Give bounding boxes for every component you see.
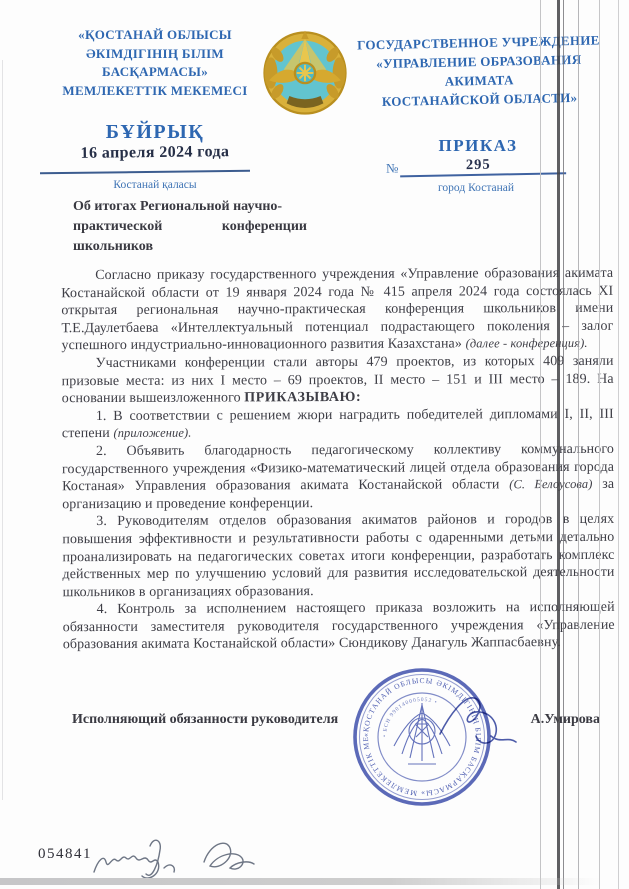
org-line: МЕМЛЕКЕТТІК МЕКЕМЕСІ <box>46 82 264 101</box>
scanned-order-document: «ҚОСТАНАЙ ОБЛЫСЫ ӘКІМДІГІНІҢ БІЛІМ БАСҚА… <box>0 0 629 889</box>
signer-name: А.Умирова <box>531 712 600 728</box>
document-code: 054841 <box>38 846 92 863</box>
order-item-2: 2. Объявить благодарность педагогическом… <box>62 441 614 514</box>
scan-artifact-line <box>557 0 560 889</box>
order-subject: Об итогах Региональной научно- практичес… <box>73 197 307 257</box>
scan-layer: «ҚОСТАНАЙ ОБЛЫСЫ ӘКІМДІГІНІҢ БІЛІМ БАСҚА… <box>0 0 629 889</box>
order-body: Согласно приказу государственного учрежд… <box>61 265 615 654</box>
signer-role: Исполняющий обязанности руководителя <box>72 712 338 728</box>
number-sign: № <box>386 160 399 176</box>
org-name-kazakh: «ҚОСТАНАЙ ОБЛЫСЫ ӘКІМДІГІНІҢ БІЛІМ БАСҚА… <box>46 26 264 100</box>
org-line: ӘКІМДІГІНІҢ БІЛІМ <box>46 45 264 64</box>
decree-keyword: ПРИКАЗЫВАЮ: <box>244 390 361 406</box>
subject-line: практической конференции <box>73 217 307 237</box>
paragraph-text: 4. Контроль за исполнением настоящего пр… <box>63 600 615 653</box>
order-item-1: 1. В соответствии с решением жюри наград… <box>62 406 614 444</box>
paragraph-note: (С. Белоусова) <box>509 477 592 491</box>
scan-artifact-line <box>2 60 3 800</box>
date-underline <box>40 170 250 175</box>
city-kazakh: Костанай қаласы <box>46 179 264 191</box>
order-title-kazakh: БҰЙРЫҚ <box>46 121 264 144</box>
scan-artifact-line <box>540 0 541 889</box>
pen-signature-icon <box>436 684 522 761</box>
scan-artifact-line <box>618 0 619 889</box>
scan-edge-shadow <box>0 878 600 885</box>
order-item-3: 3. Руководителям отделов образования аки… <box>62 511 614 601</box>
svg-text:• БСН 990140005052 •: • БСН 990140005052 • <box>382 697 438 737</box>
scan-artifact-line <box>563 0 564 889</box>
order-number: 295 <box>466 157 491 174</box>
scan-artifact-line <box>578 0 579 889</box>
paragraph-note: (приложение). <box>113 426 191 440</box>
paragraph-preamble: Согласно приказу государственного учрежд… <box>61 265 613 355</box>
order-date: 16 апреля 2024 года <box>38 143 272 164</box>
org-line: БАСҚАРМАСЫ» <box>46 63 264 82</box>
stamp-inner-text: • БСН 990140005052 • <box>382 697 438 737</box>
subject-line: Об итогах Региональной научно- <box>73 197 307 217</box>
paragraph-text: 3. Руководителям отделов образования аки… <box>62 512 614 600</box>
order-item-4: 4. Контроль за исполнением настоящего пр… <box>63 599 615 654</box>
paragraph-results: Участниками конференции стали авторы 479… <box>62 353 614 408</box>
scan-artifact-line <box>599 0 600 889</box>
order-title-russian: ПРИКАЗ <box>388 136 568 156</box>
order-number-row: № 295 <box>386 155 558 178</box>
subject-line: школьников <box>73 237 307 257</box>
paragraph-note: (далее - конференция). <box>466 336 588 351</box>
org-name-russian: ГОСУДАРСТВЕННОЕ УЧРЕЖДЕНИЕ «УПРАВЛЕНИЕ О… <box>335 30 623 112</box>
org-line: «ҚОСТАНАЙ ОБЛЫСЫ <box>46 26 264 45</box>
city-russian: город Костанай <box>396 182 556 194</box>
